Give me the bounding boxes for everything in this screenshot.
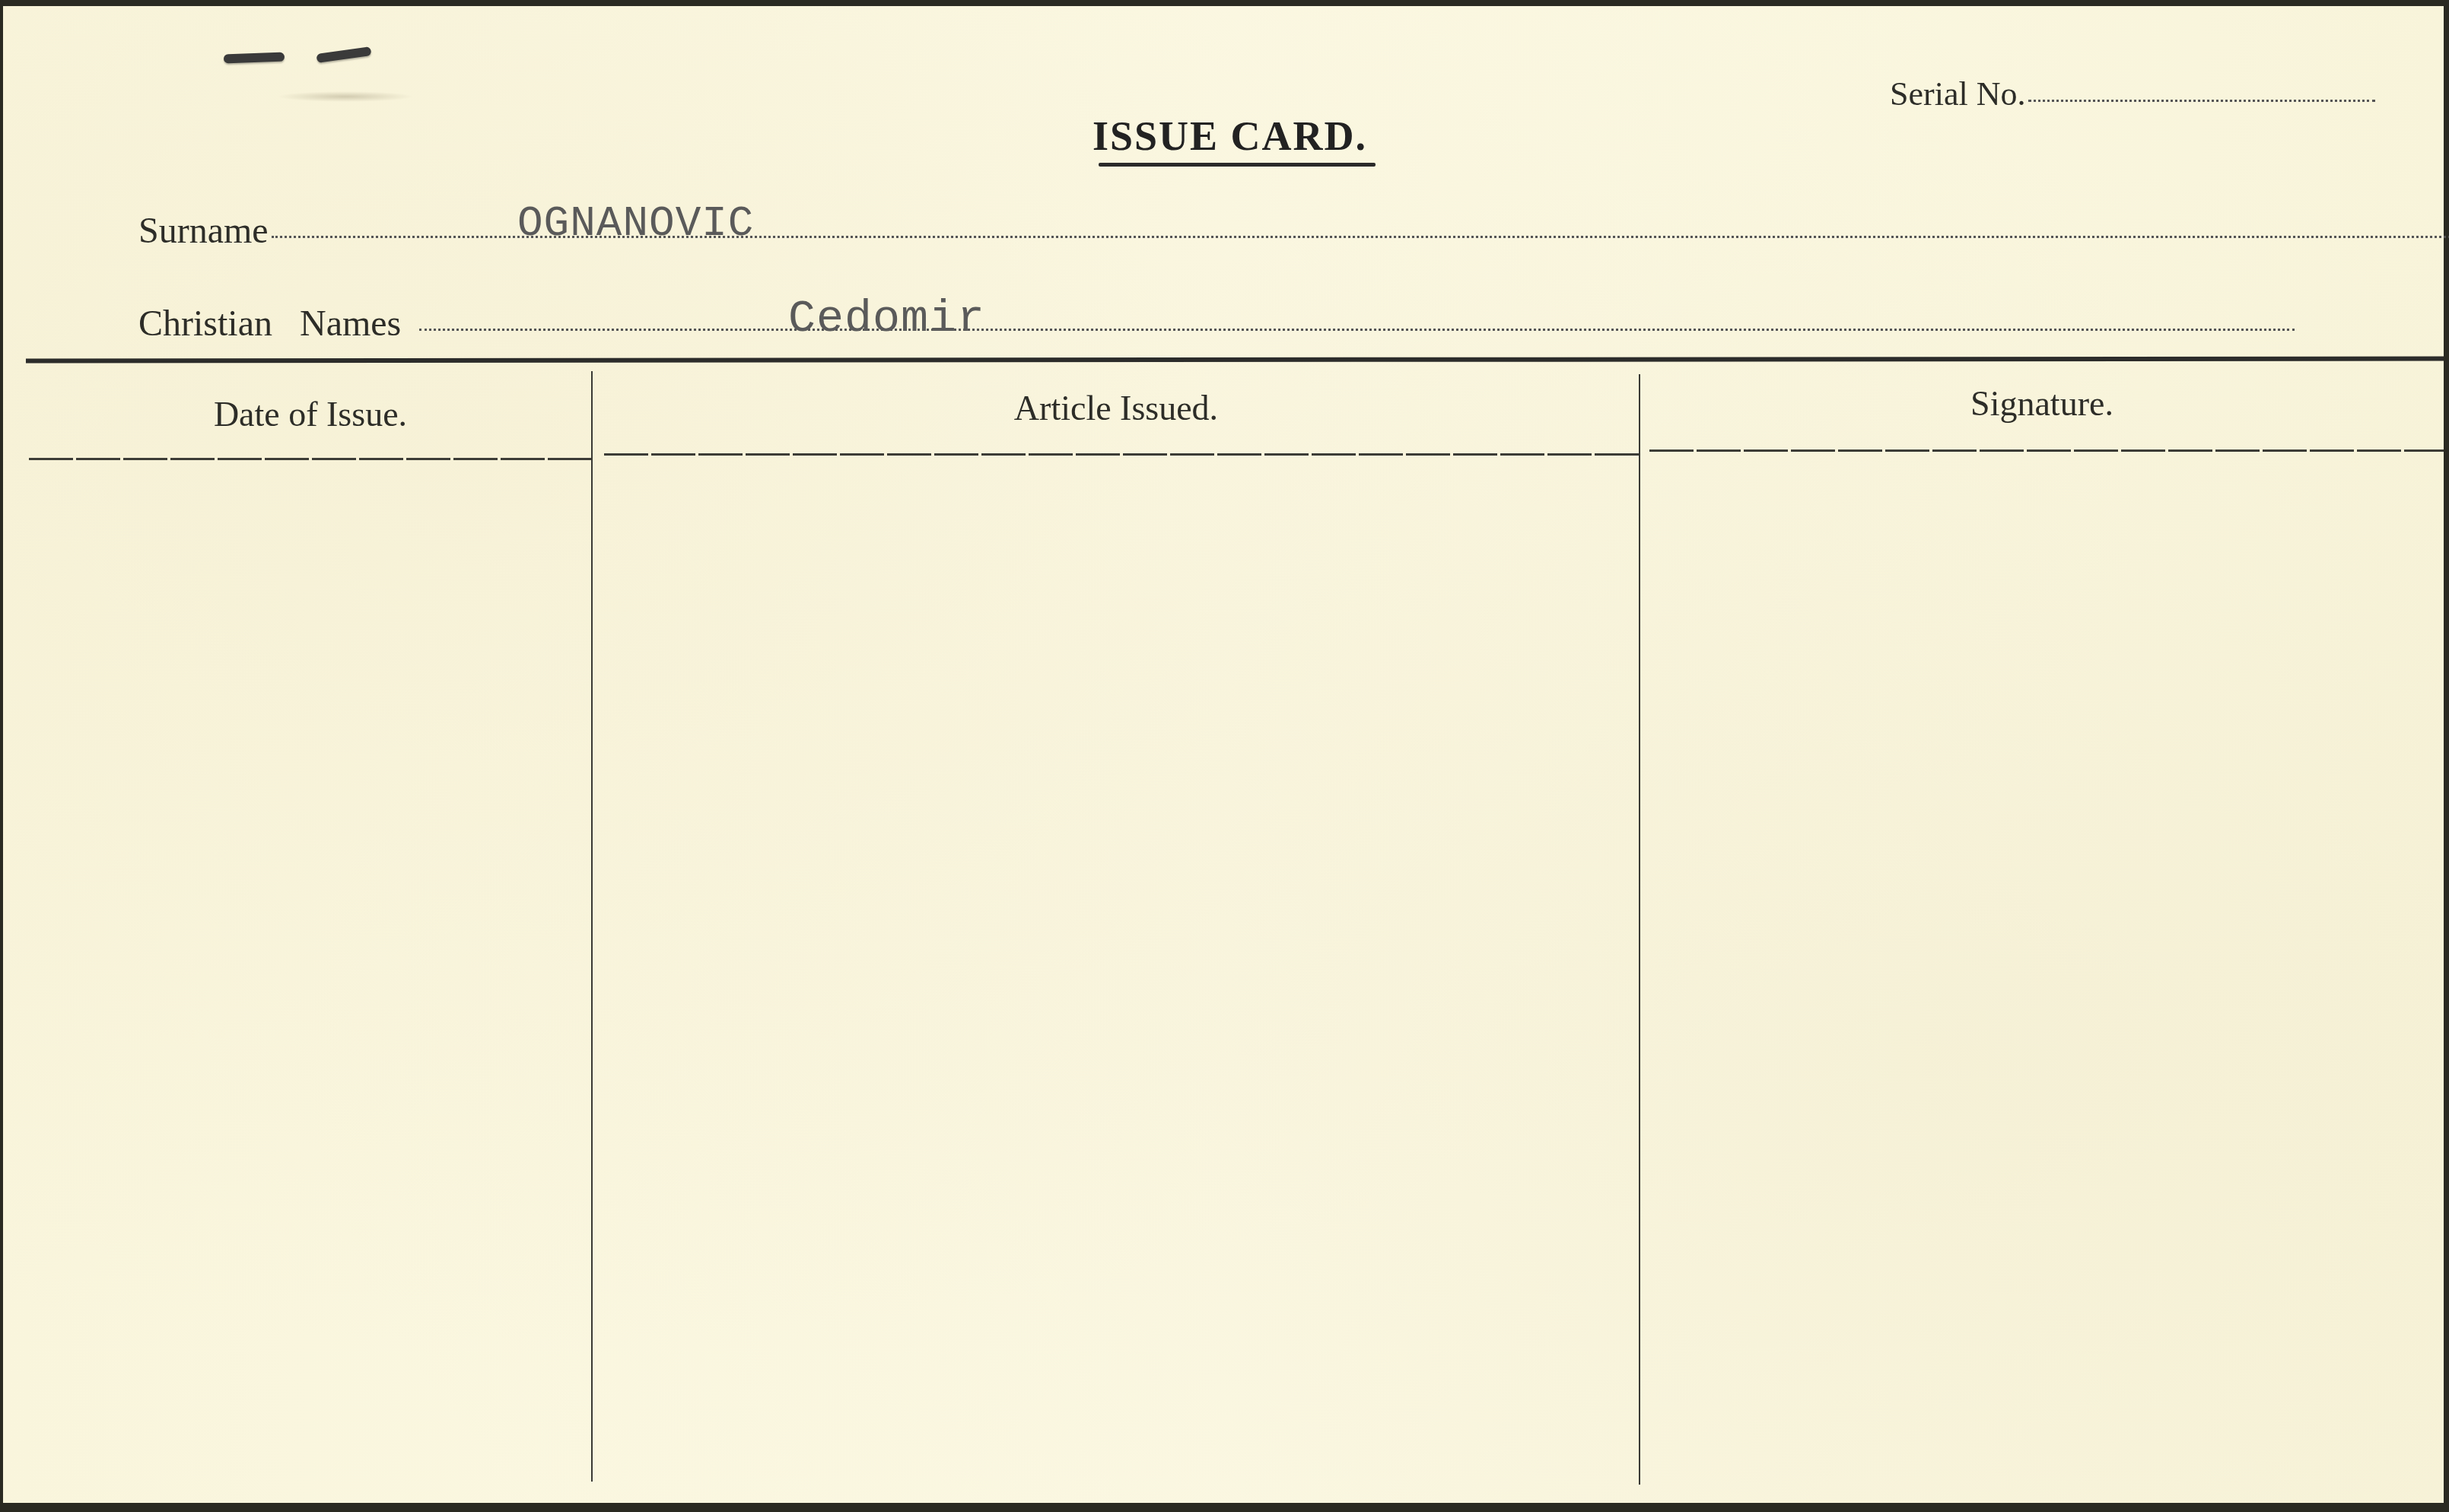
column-header-rule [29, 458, 593, 460]
surname-label: Surname [138, 210, 269, 252]
serial-number-label: Serial No. [1890, 75, 2025, 113]
header-divider-rule [26, 357, 2444, 364]
paper-smudge [277, 91, 414, 102]
surname-value: OGNANOVIC [517, 199, 754, 248]
serial-number-field: Serial No. [1890, 75, 2375, 113]
title-underline [1099, 163, 1376, 167]
staple-icon [316, 46, 372, 63]
column-header-rule [604, 453, 1639, 456]
issue-card: ISSUE CARD. Serial No. Surname OGNANOVIC… [3, 6, 2444, 1503]
column-header-rule [1649, 449, 2444, 452]
christian-names-field: Christian Names [138, 303, 2295, 345]
column-header-date-of-issue: Date of Issue. [29, 394, 592, 434]
column-divider [1639, 374, 1640, 1485]
serial-number-dotted-line [2028, 100, 2375, 102]
christian-names-label: Christian Names [138, 303, 401, 345]
column-divider [591, 371, 593, 1482]
column-header-article-issued: Article Issued. [593, 388, 1639, 428]
card-title: ISSUE CARD. [1093, 113, 1367, 160]
date-of-issue-column [29, 462, 590, 1482]
article-issued-column [593, 462, 1637, 1482]
column-header-signature: Signature. [1640, 383, 2444, 424]
signature-column [1642, 462, 2444, 1482]
staple-icon [224, 52, 285, 64]
surname-field: Surname [138, 210, 2449, 252]
christian-names-dotted-line [419, 329, 2295, 331]
christian-names-value: Cedomir [788, 294, 985, 345]
